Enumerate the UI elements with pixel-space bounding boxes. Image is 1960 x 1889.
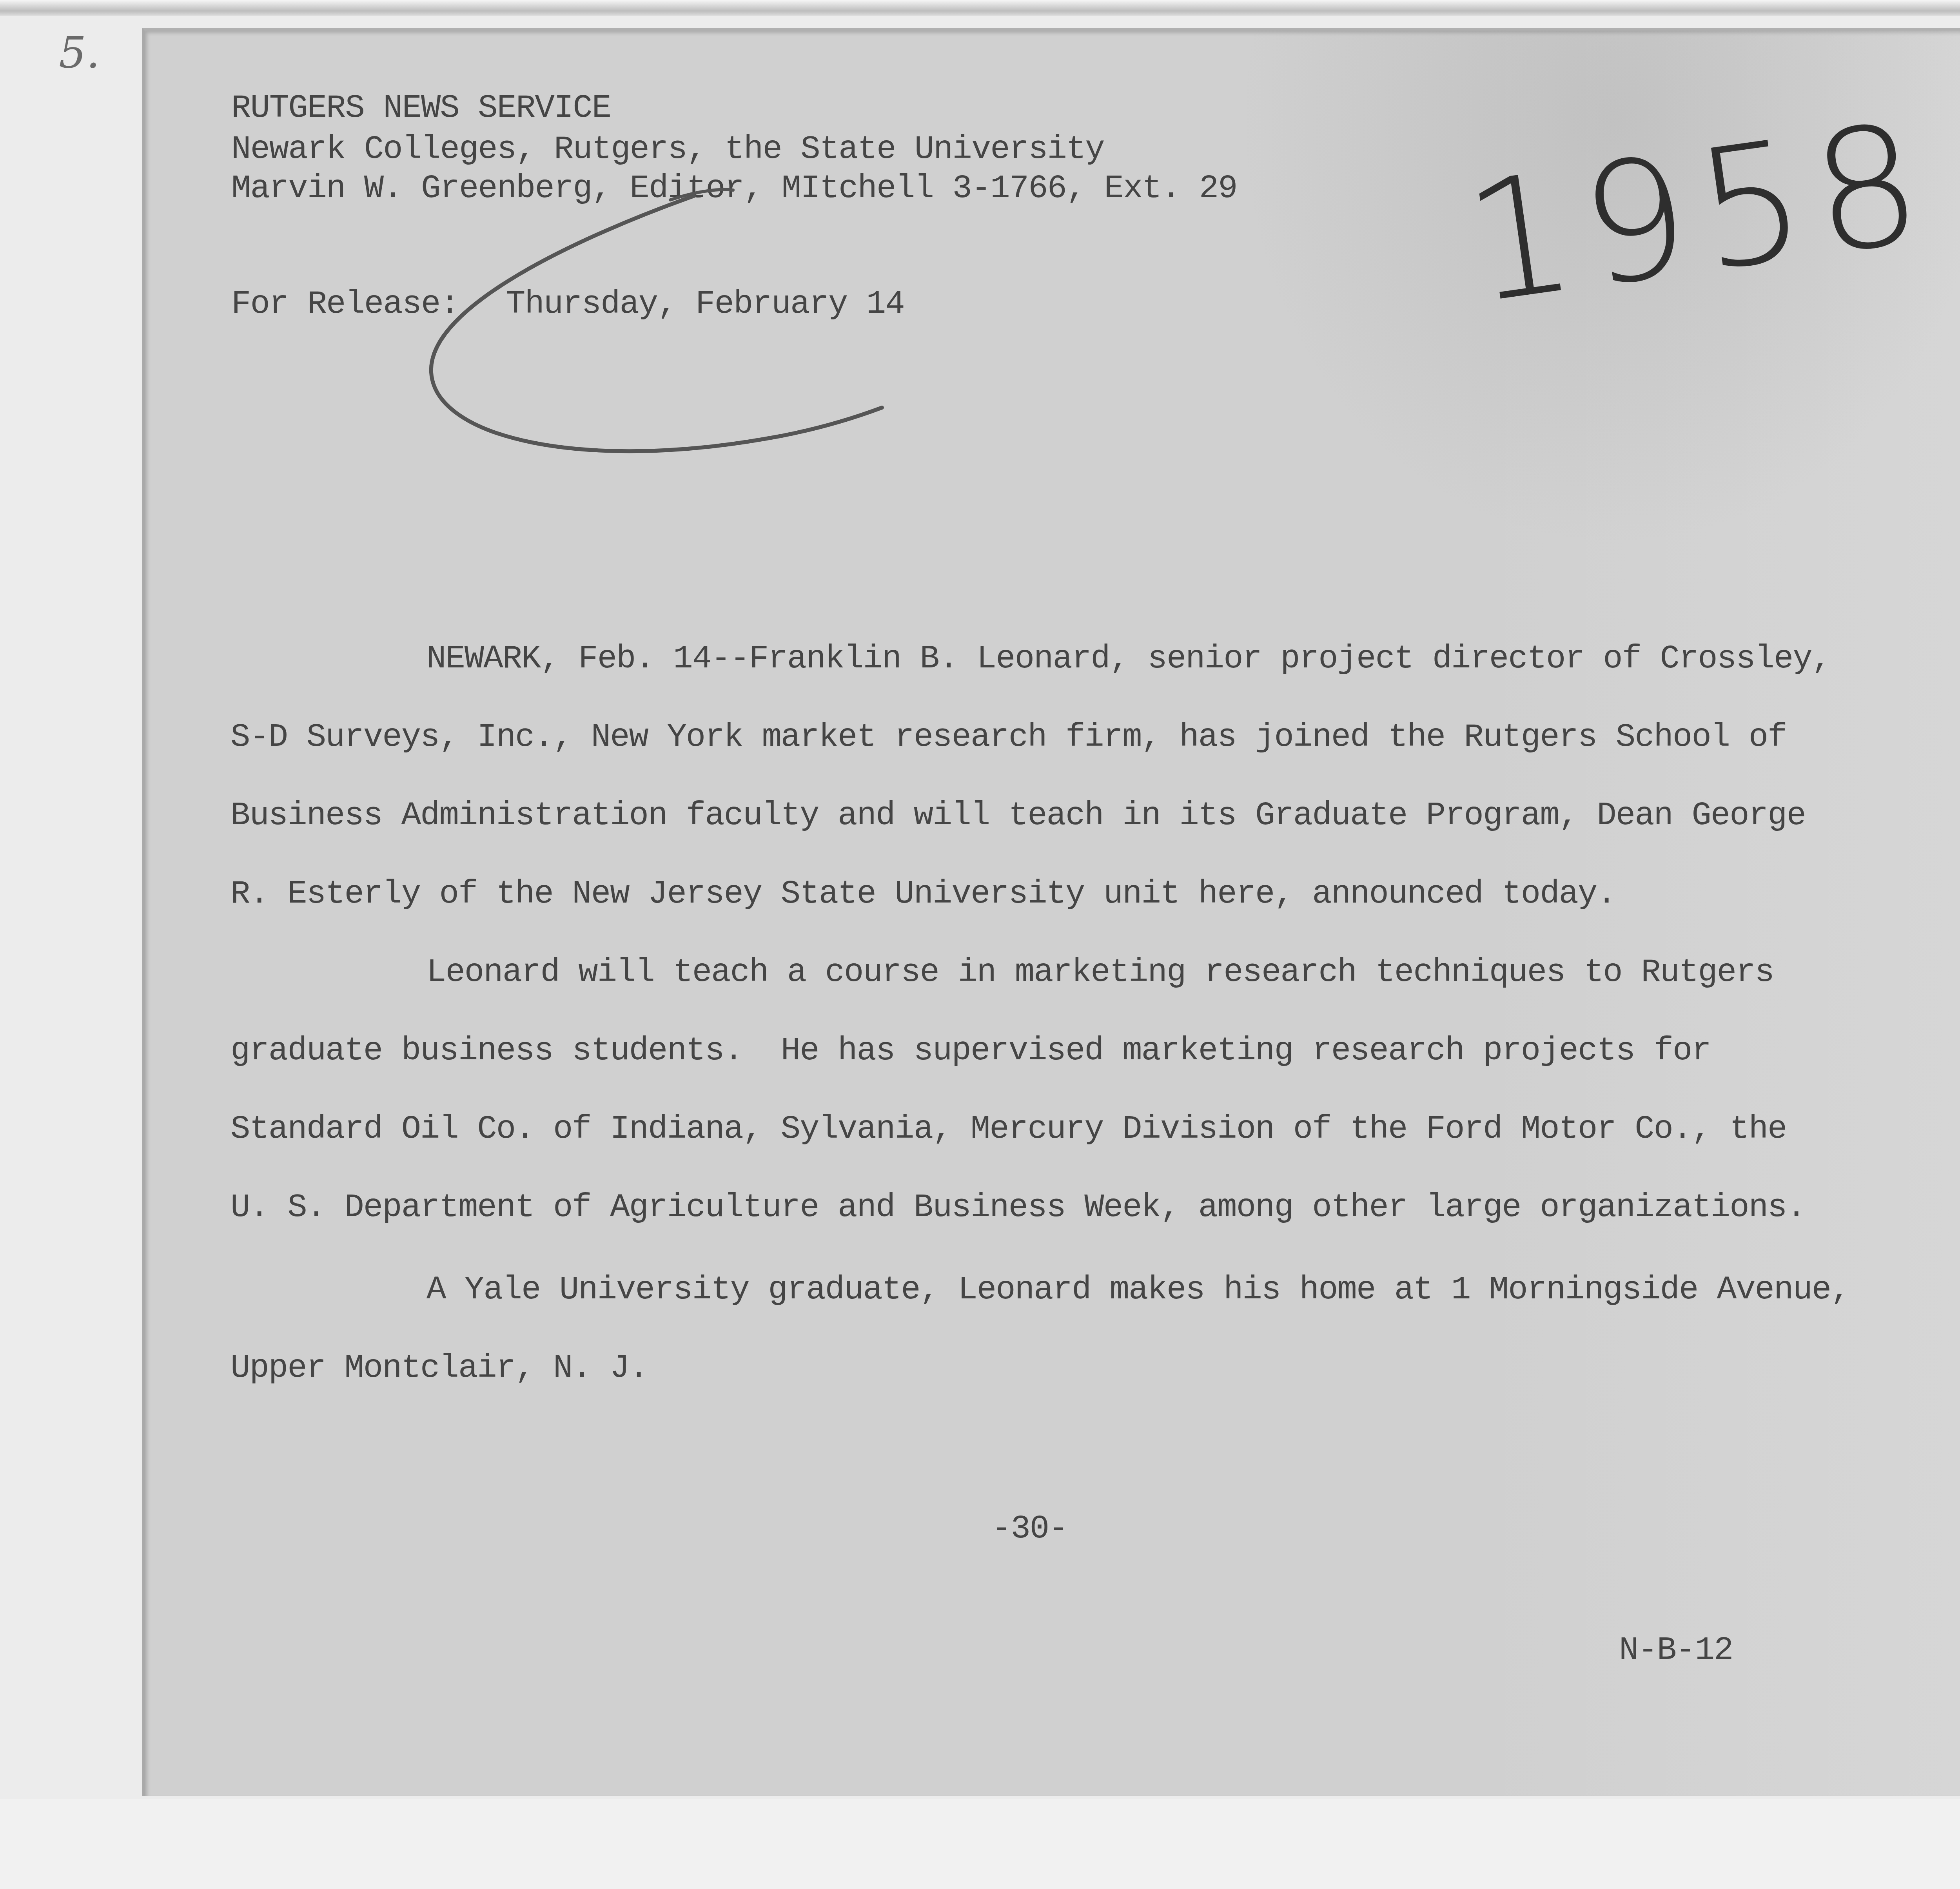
body-line: Upper Montclair, N. J.: [230, 1352, 648, 1385]
release-label: For Release:: [231, 288, 459, 321]
news-service-title: RUTGERS NEWS SERVICE: [231, 92, 611, 125]
scan-bottom-margin: [0, 1799, 1960, 1889]
body-line: U. S. Department of Agriculture and Busi…: [230, 1191, 1806, 1224]
body-line: Leonard will teach a course in marketing…: [426, 956, 1774, 989]
body-line: Business Administration faculty and will…: [230, 799, 1806, 832]
body-line: graduate business students. He has super…: [230, 1035, 1711, 1068]
end-mark: -30-: [992, 1513, 1068, 1546]
body-line: A Yale University graduate, Leonard make…: [426, 1274, 1850, 1307]
scan-border: [0, 0, 1960, 16]
document-code: N-B-12: [1619, 1634, 1733, 1667]
body-line: S-D Surveys, Inc., New York market resea…: [230, 721, 1786, 754]
folio-mark: 5.: [59, 27, 100, 78]
institution-line: Newark Colleges, Rutgers, the State Univ…: [231, 133, 1104, 166]
body-line: NEWARK, Feb. 14--Franklin B. Leonard, se…: [426, 643, 1831, 676]
release-date: Thursday, February 14: [506, 288, 904, 321]
editor-line: Marvin W. Greenberg, Editor, MItchell 3-…: [231, 172, 1237, 205]
body-line: Standard Oil Co. of Indiana, Sylvania, M…: [230, 1113, 1786, 1146]
body-line: R. Esterly of the New Jersey State Unive…: [230, 878, 1616, 911]
